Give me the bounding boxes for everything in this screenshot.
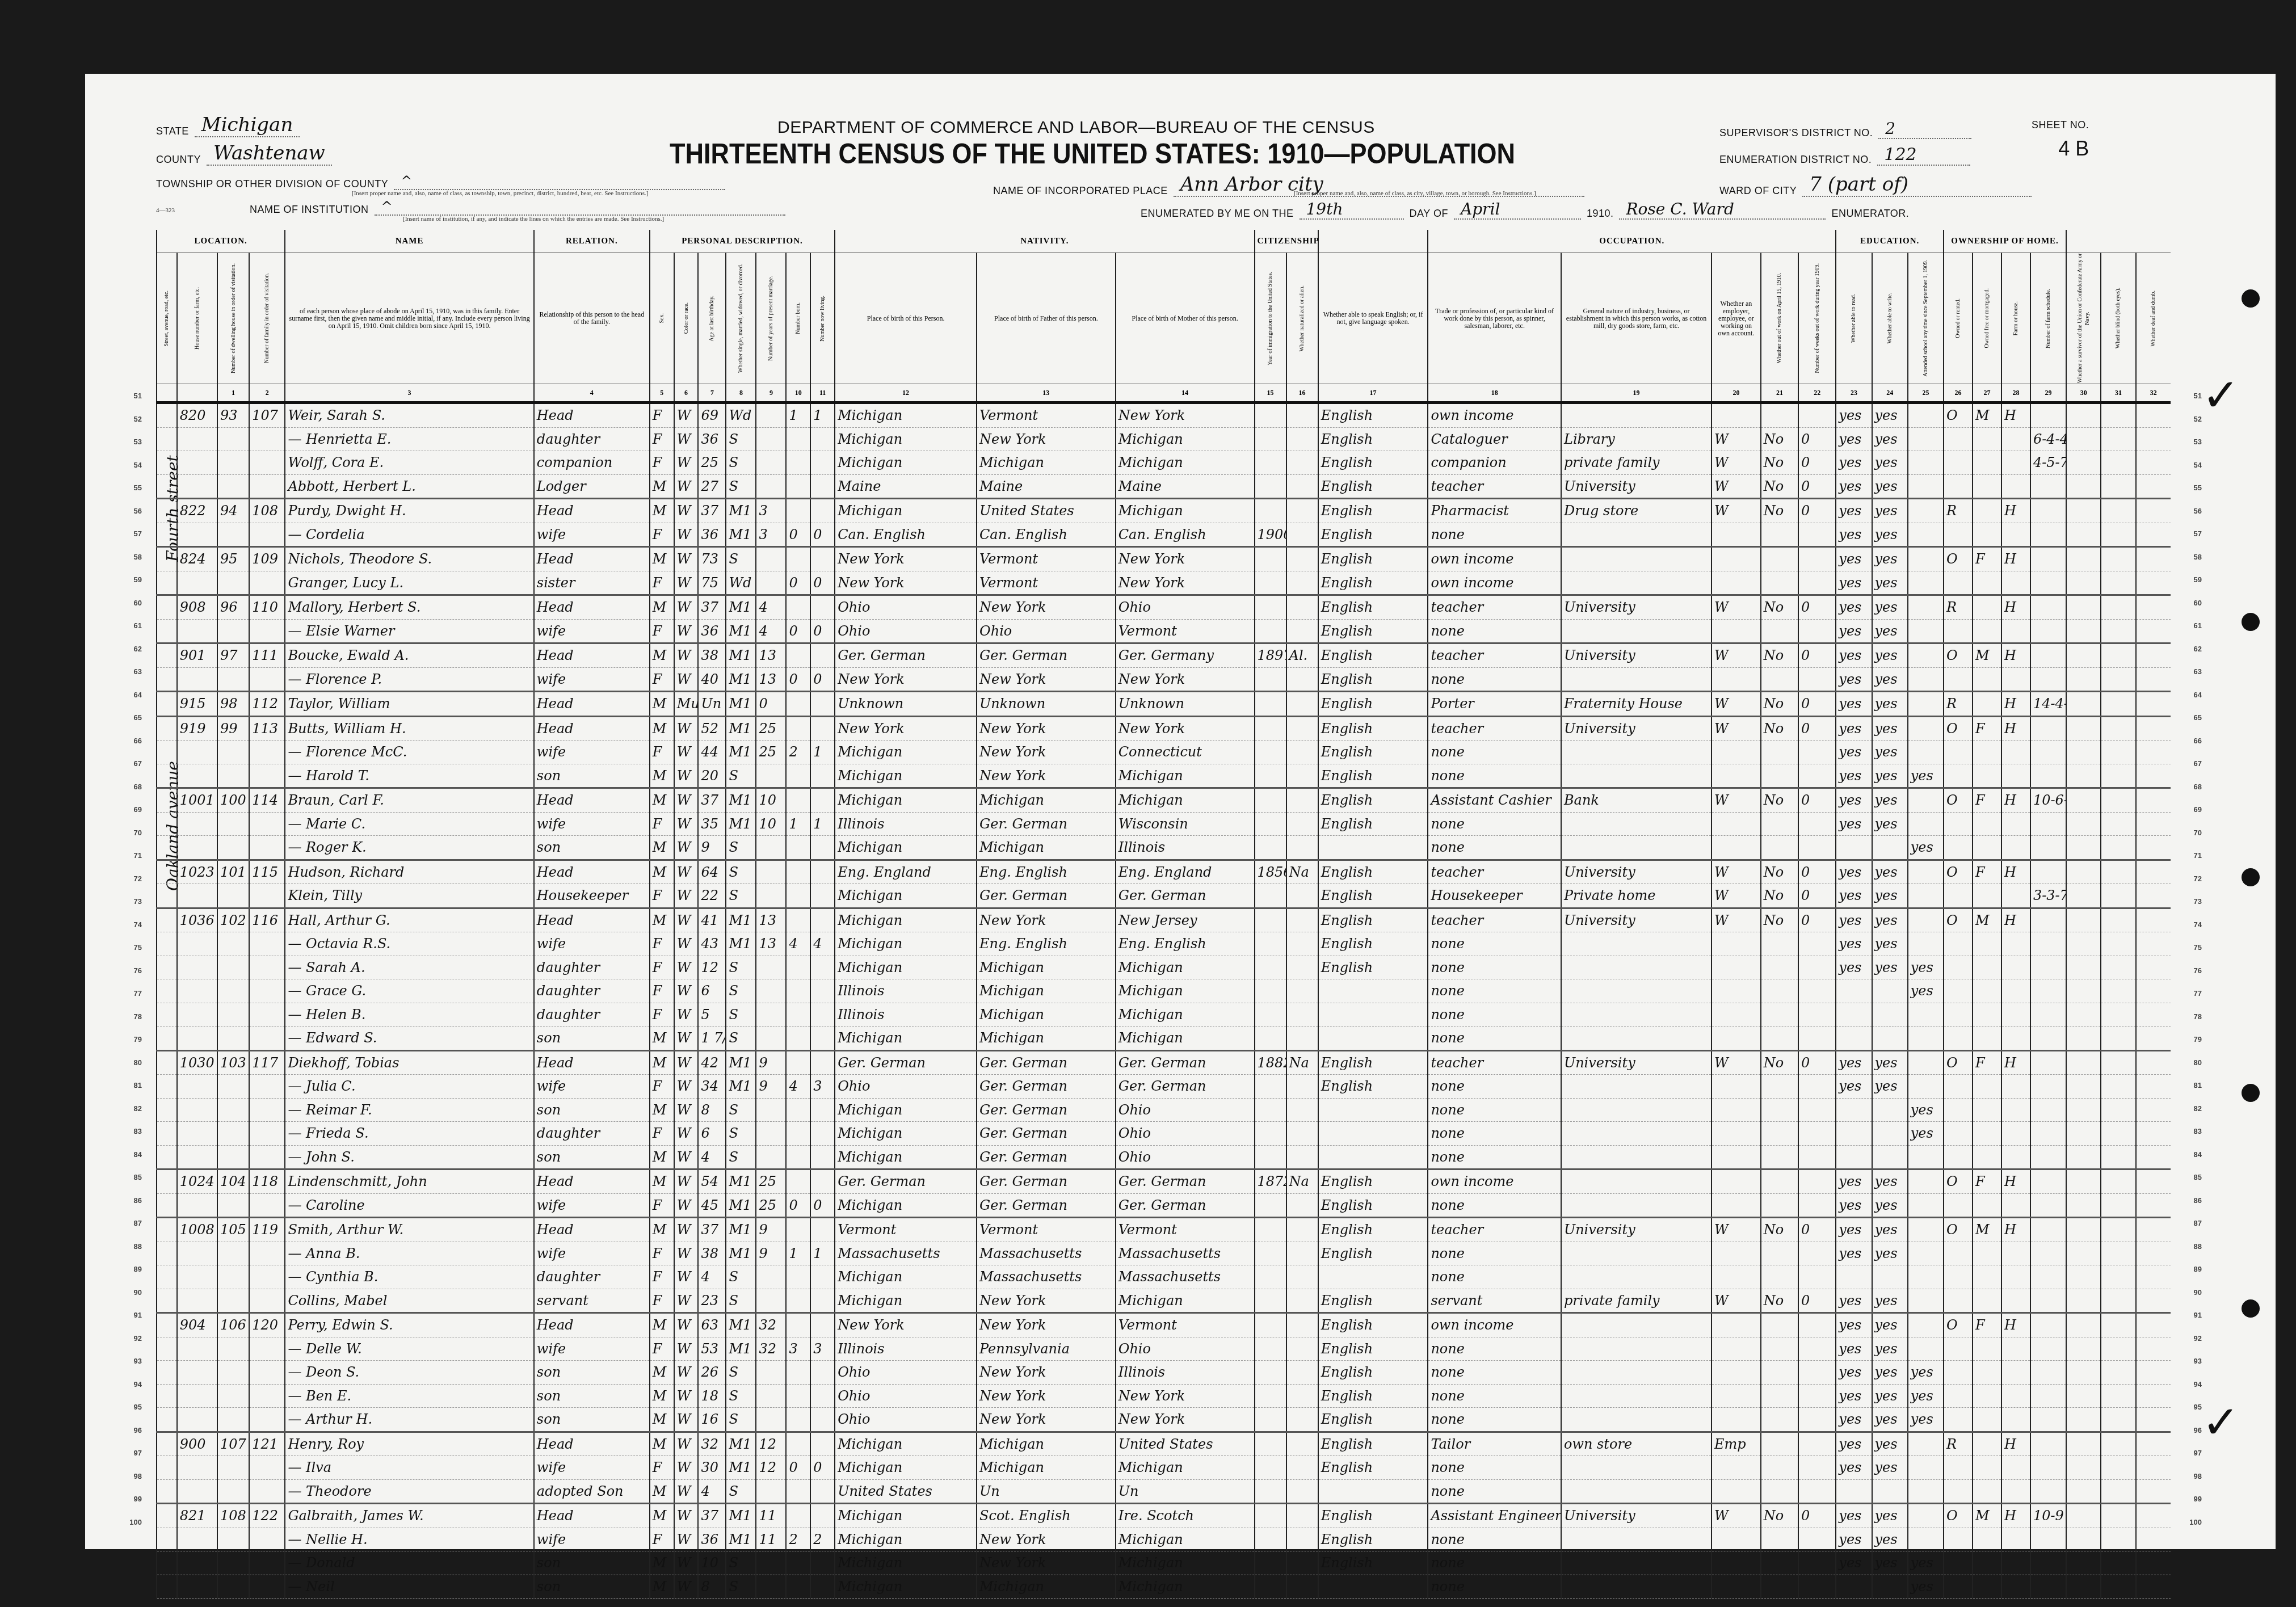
cell-bp: Michigan (835, 1145, 977, 1170)
cell-imm (1255, 1289, 1286, 1313)
column-number: 25 (1908, 384, 1944, 403)
cell-d (2136, 1432, 2171, 1456)
line-number: 91 (2179, 1304, 2202, 1327)
cell-school: yes (1908, 956, 1944, 979)
cell-own (1944, 1408, 1973, 1432)
cell-imm (1255, 1193, 1286, 1218)
cell-nat (1286, 1075, 1318, 1099)
cell-extra (2030, 595, 2066, 620)
cell-name: — Ilva (285, 1456, 533, 1480)
cell-own (1944, 1479, 1973, 1504)
cell-nat (1286, 956, 1318, 979)
cell-lang (1318, 1479, 1428, 1504)
cell-living (810, 1218, 835, 1242)
cell-street (157, 1337, 177, 1361)
township-note: [Insert proper name and, also, name of c… (352, 190, 648, 197)
cell-age: 53 (698, 1337, 726, 1361)
cell-dwelling (217, 1145, 249, 1170)
cell-free: M (1973, 403, 2001, 428)
cell-sex: F (650, 1122, 674, 1146)
line-number: 74 (119, 914, 142, 937)
cell-bp: Michigan (835, 1432, 977, 1456)
cell-trade: Cataloguer (1428, 427, 1561, 451)
line-number: 77 (119, 982, 142, 1006)
cell-fbp: New York (977, 1408, 1116, 1432)
table-row: 1023101115Hudson, RichardHeadMW64SEng. E… (157, 860, 2171, 884)
cell-imm (1255, 451, 1286, 475)
cell-marital: M1 (726, 812, 756, 836)
cell-farm (2001, 932, 2030, 956)
cell-trade: none (1428, 741, 1561, 764)
cell-d (2136, 595, 2171, 620)
table-row: 1024104118Lindenschmitt, JohnHeadMW54M12… (157, 1170, 2171, 1194)
cell-bp: Michigan (835, 1289, 977, 1313)
cell-imm: 1856 (1255, 860, 1286, 884)
cell-d (2136, 1050, 2171, 1075)
cell-nat (1286, 451, 1318, 475)
cell-d (2136, 451, 2171, 475)
cell-dwelling (217, 1528, 249, 1551)
cell-nat (1286, 884, 1318, 908)
cell-yrs: 12 (756, 1432, 786, 1456)
cell-oow (1761, 1122, 1798, 1146)
cell-weeks: 0 (1798, 595, 1836, 620)
cell-lang: English (1318, 1456, 1428, 1480)
table-row: Granger, Lucy L.sisterFW75Wd00New YorkVe… (157, 571, 2171, 595)
cell-bp: Can. English (835, 523, 977, 547)
cell-trade: none (1428, 619, 1561, 643)
cell-sex: F (650, 956, 674, 979)
cell-imm (1255, 956, 1286, 979)
cell-oow (1761, 547, 1798, 571)
cell-weeks (1798, 1193, 1836, 1218)
cell-color: Mu (674, 692, 699, 717)
cell-weeks (1798, 836, 1836, 860)
cell-living (810, 1265, 835, 1289)
cell-street (157, 1170, 177, 1194)
cell-weeks (1798, 1122, 1836, 1146)
cell-lang (1318, 979, 1428, 1003)
cell-sex: M (650, 908, 674, 932)
cell-extra (2030, 908, 2066, 932)
group-education: EDUCATION. (1836, 230, 1944, 253)
cell-v (2066, 788, 2101, 813)
table-row: — Frieda S.daughterFW6SMichiganGer. Germ… (157, 1122, 2171, 1146)
cell-relation: Head (534, 643, 650, 668)
cell-fbp: United States (977, 499, 1116, 523)
cell-write: yes (1872, 1408, 1908, 1432)
cell-oow (1761, 932, 1798, 956)
cell-d (2136, 1337, 2171, 1361)
cell-living: 1 (810, 1242, 835, 1265)
cell-emp (1712, 1170, 1761, 1194)
cell-b (2101, 860, 2135, 884)
cell-house (177, 474, 217, 499)
cell-born (786, 884, 810, 908)
cell-industry (1561, 1456, 1712, 1480)
cell-fbp: Vermont (977, 403, 1116, 428)
cell-dwelling (217, 1122, 249, 1146)
cell-born: 1 (786, 812, 810, 836)
cell-industry (1561, 812, 1712, 836)
cell-weeks (1798, 1479, 1836, 1504)
cell-street (157, 1479, 177, 1504)
cell-living (810, 1098, 835, 1122)
line-number: 81 (2179, 1074, 2202, 1097)
cell-d (2136, 1003, 2171, 1027)
cell-write (1872, 1265, 1908, 1289)
cell-born: 1 (786, 1242, 810, 1265)
cell-yrs (756, 547, 786, 571)
cell-family (249, 1384, 285, 1408)
cell-name: Galbraith, James W. (285, 1504, 533, 1528)
cell-mbp: Ohio (1116, 1122, 1255, 1146)
cell-write: yes (1872, 1337, 1908, 1361)
cell-weeks (1798, 1528, 1836, 1551)
header-free: Owned free or mortgaged. (1973, 253, 2001, 384)
header-born: Number born. (786, 253, 810, 384)
cell-extra (2030, 571, 2066, 595)
line-number: 80 (119, 1051, 142, 1075)
cell-house: 901 (177, 643, 217, 668)
cell-name: — Harold T. (285, 764, 533, 788)
cell-marital: S (726, 1027, 756, 1051)
cell-write: yes (1872, 1218, 1908, 1242)
cell-imm (1255, 667, 1286, 692)
cell-read: yes (1836, 716, 1872, 741)
cell-trade: none (1428, 932, 1561, 956)
line-number: 72 (119, 868, 142, 891)
cell-bp: Michigan (835, 1027, 977, 1051)
cell-own: R (1944, 499, 1973, 523)
cell-sex: M (650, 1361, 674, 1385)
cell-farm: H (2001, 595, 2030, 620)
cell-imm (1255, 1313, 1286, 1337)
cell-born (786, 979, 810, 1003)
cell-farm (2001, 619, 2030, 643)
header-house: House number or farm, etc. (177, 253, 217, 384)
cell-school (1908, 643, 1944, 668)
cell-sex: F (650, 427, 674, 451)
cell-house (177, 1408, 217, 1432)
cell-yrs (756, 1289, 786, 1313)
cell-name: Mallory, Herbert S. (285, 595, 533, 620)
cell-nat (1286, 836, 1318, 860)
cell-write: yes (1872, 764, 1908, 788)
cell-d (2136, 692, 2171, 717)
cell-yrs: 11 (756, 1504, 786, 1528)
cell-farm: H (2001, 547, 2030, 571)
table-row: 91598112Taylor, WilliamHeadMMuUnM10Unkno… (157, 692, 2171, 717)
cell-street (157, 1193, 177, 1218)
table-row: — John S.sonMW4SMichiganGer. GermanOhion… (157, 1145, 2171, 1170)
cell-industry (1561, 1408, 1712, 1432)
cell-family (249, 1456, 285, 1480)
cell-imm (1255, 571, 1286, 595)
cell-d (2136, 1098, 2171, 1122)
cell-v (2066, 1170, 2101, 1194)
cell-born (786, 788, 810, 813)
cell-fbp: Ger. German (977, 1193, 1116, 1218)
cell-bp: Illinois (835, 812, 977, 836)
cell-free (1973, 932, 2001, 956)
cell-trade: teacher (1428, 1218, 1561, 1242)
cell-sex: F (650, 523, 674, 547)
cell-imm (1255, 1122, 1286, 1146)
cell-write: yes (1872, 595, 1908, 620)
cell-living (810, 1551, 835, 1575)
cell-street (157, 523, 177, 547)
cell-fbp: Vermont (977, 1218, 1116, 1242)
cell-read: yes (1836, 547, 1872, 571)
cell-age: 38 (698, 1242, 726, 1265)
table-row: Abbott, Herbert L.LodgerMW27SMaineMaineM… (157, 474, 2171, 499)
cell-living: 0 (810, 571, 835, 595)
cell-read: yes (1836, 884, 1872, 908)
column-number: 1 (217, 384, 249, 403)
cell-fbp: Massachusetts (977, 1265, 1116, 1289)
cell-nat (1286, 1361, 1318, 1385)
cell-lang: English (1318, 1337, 1428, 1361)
cell-lang: English (1318, 523, 1428, 547)
cell-living (810, 1432, 835, 1456)
column-header-row: Street, avenue, road, etc. House number … (157, 253, 2171, 384)
township-value: ^ (394, 173, 725, 190)
table-row: 1030103117Diekhoff, TobiasHeadMW42M19Ger… (157, 1050, 2171, 1075)
cell-nat (1286, 1528, 1318, 1551)
line-number: 53 (2179, 431, 2202, 454)
cell-write: yes (1872, 692, 1908, 717)
cell-street (157, 1361, 177, 1385)
cell-free (1973, 1408, 2001, 1432)
cell-emp: W (1712, 474, 1761, 499)
cell-relation: Head (534, 716, 650, 741)
cell-dwelling (217, 1408, 249, 1432)
cell-write (1872, 979, 1908, 1003)
cell-d (2136, 741, 2171, 764)
cell-family: 111 (249, 643, 285, 668)
cell-yrs (756, 884, 786, 908)
cell-school: yes (1908, 1098, 1944, 1122)
cell-born (786, 1504, 810, 1528)
cell-weeks: 0 (1798, 860, 1836, 884)
cell-family (249, 932, 285, 956)
ed-value: 122 (1877, 145, 1970, 166)
enumerator-label: Enumerator. (1831, 208, 1909, 220)
cell-d (2136, 1551, 2171, 1575)
cell-age: 37 (698, 1218, 726, 1242)
cell-industry: University (1561, 1504, 1712, 1528)
cell-oow: No (1761, 1504, 1798, 1528)
cell-industry: private family (1561, 1289, 1712, 1313)
cell-mbp: Un (1116, 1479, 1255, 1504)
cell-name: Purdy, Dwight H. (285, 499, 533, 523)
cell-dwelling (217, 1289, 249, 1313)
cell-nat (1286, 667, 1318, 692)
cell-mbp: Eng. English (1116, 932, 1255, 956)
cell-own: O (1944, 1218, 1973, 1242)
cell-street (157, 1265, 177, 1289)
cell-fbp: New York (977, 1361, 1116, 1385)
cell-emp (1712, 956, 1761, 979)
cell-write (1872, 836, 1908, 860)
cell-dwelling (217, 1551, 249, 1575)
line-number: 68 (2179, 776, 2202, 799)
cell-nat (1286, 932, 1318, 956)
cell-trade: none (1428, 1122, 1561, 1146)
cell-family: 118 (249, 1170, 285, 1194)
cell-house (177, 1003, 217, 1027)
cell-own (1944, 571, 1973, 595)
cell-sex: F (650, 741, 674, 764)
cell-house (177, 1337, 217, 1361)
cell-mbp: Vermont (1116, 1313, 1255, 1337)
cell-family (249, 764, 285, 788)
cell-emp: W (1712, 427, 1761, 451)
cell-weeks: 0 (1798, 474, 1836, 499)
cell-write: yes (1872, 932, 1908, 956)
cell-d (2136, 1027, 2171, 1051)
cell-weeks (1798, 741, 1836, 764)
cell-bp: New York (835, 667, 977, 692)
cell-imm (1255, 1075, 1286, 1099)
cell-free (1973, 1479, 2001, 1504)
cell-bp: Michigan (835, 1265, 977, 1289)
cell-school (1908, 1337, 1944, 1361)
cell-emp: W (1712, 1050, 1761, 1075)
cell-street (157, 499, 177, 523)
cell-age: 36 (698, 1528, 726, 1551)
cell-living (810, 1408, 835, 1432)
cell-v (2066, 474, 2101, 499)
cell-b (2101, 571, 2135, 595)
cell-oow: No (1761, 1050, 1798, 1075)
column-number: 12 (835, 384, 977, 403)
cell-color: W (674, 1075, 699, 1099)
cell-school (1908, 474, 1944, 499)
cell-nat (1286, 619, 1318, 643)
column-number: 6 (674, 384, 699, 403)
cell-fbp: Michigan (977, 788, 1116, 813)
table-row: — Grace G.daughterFW6SIllinoisMichiganMi… (157, 979, 2171, 1003)
cell-farm: H (2001, 1432, 2030, 1456)
line-number: 69 (119, 798, 142, 822)
cell-relation: son (534, 1361, 650, 1385)
cell-free (1973, 523, 2001, 547)
cell-emp (1712, 1479, 1761, 1504)
cell-oow: No (1761, 643, 1798, 668)
department-title: DEPARTMENT OF COMMERCE AND LABOR—BUREAU … (777, 118, 1375, 137)
cell-color: W (674, 1361, 699, 1385)
cell-lang: English (1318, 1075, 1428, 1099)
cell-relation: Head (534, 860, 650, 884)
census-title: THIRTEENTH CENSUS OF THE UNITED STATES: … (670, 137, 1515, 170)
cell-marital: S (726, 547, 756, 571)
cell-dwelling (217, 1242, 249, 1265)
cell-oow: No (1761, 1289, 1798, 1313)
cell-v (2066, 741, 2101, 764)
cell-lang: English (1318, 1384, 1428, 1408)
cell-school: yes (1908, 764, 1944, 788)
cell-sex: F (650, 571, 674, 595)
cell-emp (1712, 1075, 1761, 1099)
cell-living (810, 547, 835, 571)
cell-marital: S (726, 1265, 756, 1289)
cell-relation: Head (534, 499, 650, 523)
cell-read: yes (1836, 1050, 1872, 1075)
cell-street (157, 692, 177, 717)
cell-d (2136, 1361, 2171, 1385)
header-farm: Farm or house. (2001, 253, 2030, 384)
cell-street (157, 619, 177, 643)
line-number: 100 (119, 1511, 142, 1534)
cell-industry (1561, 547, 1712, 571)
cell-d (2136, 499, 2171, 523)
cell-emp (1712, 523, 1761, 547)
line-number: 61 (119, 615, 142, 638)
header-birth-mother: Place of birth of Mother of this person. (1116, 253, 1255, 384)
cell-trade: none (1428, 1265, 1561, 1289)
table-row: — Florence McC.wifeFW44M12521MichiganNew… (157, 741, 2171, 764)
cell-v (2066, 716, 2101, 741)
cell-born (786, 860, 810, 884)
cell-oow (1761, 619, 1798, 643)
cell-name: — Neil (285, 1575, 533, 1598)
cell-family (249, 1265, 285, 1289)
cell-b (2101, 643, 2135, 668)
cell-own (1944, 619, 1973, 643)
cell-relation: son (534, 1098, 650, 1122)
cell-imm (1255, 692, 1286, 717)
cell-house: 1001 (177, 788, 217, 813)
cell-free (1973, 571, 2001, 595)
cell-nat: Na (1286, 860, 1318, 884)
cell-school (1908, 1170, 1944, 1194)
cell-name: — Florence McC. (285, 741, 533, 764)
cell-bp: Michigan (835, 764, 977, 788)
state-field: State Michigan (156, 113, 300, 137)
cell-imm (1255, 427, 1286, 451)
cell-weeks: 0 (1798, 1218, 1836, 1242)
line-number: 88 (119, 1235, 142, 1259)
cell-sex: F (650, 1337, 674, 1361)
cell-nat (1286, 812, 1318, 836)
cell-mbp: Michigan (1116, 956, 1255, 979)
cell-farm (2001, 1528, 2030, 1551)
cell-trade: Assistant Cashier (1428, 788, 1561, 813)
cell-marital: M1 (726, 1528, 756, 1551)
cell-relation: wife (534, 741, 650, 764)
line-number: 63 (119, 661, 142, 684)
cell-own (1944, 956, 1973, 979)
cell-living (810, 1479, 835, 1504)
enumerated-label: Enumerated by me on the (1141, 208, 1294, 220)
cell-age: 42 (698, 1050, 726, 1075)
cell-yrs (756, 1575, 786, 1598)
cell-living (810, 1027, 835, 1051)
cell-relation: wife (534, 667, 650, 692)
cell-oow (1761, 1551, 1798, 1575)
cell-b (2101, 499, 2135, 523)
cell-name: — Julia C. (285, 1075, 533, 1099)
cell-age: 8 (698, 1098, 726, 1122)
cell-name: Smith, Arthur W. (285, 1218, 533, 1242)
cell-d (2136, 1242, 2171, 1265)
cell-lang: English (1318, 1218, 1428, 1242)
table-row: — Nellie H.wifeFW36M11122MichiganNew Yor… (157, 1528, 2171, 1551)
cell-d (2136, 474, 2171, 499)
cell-mbp: Ohio (1116, 1145, 1255, 1170)
